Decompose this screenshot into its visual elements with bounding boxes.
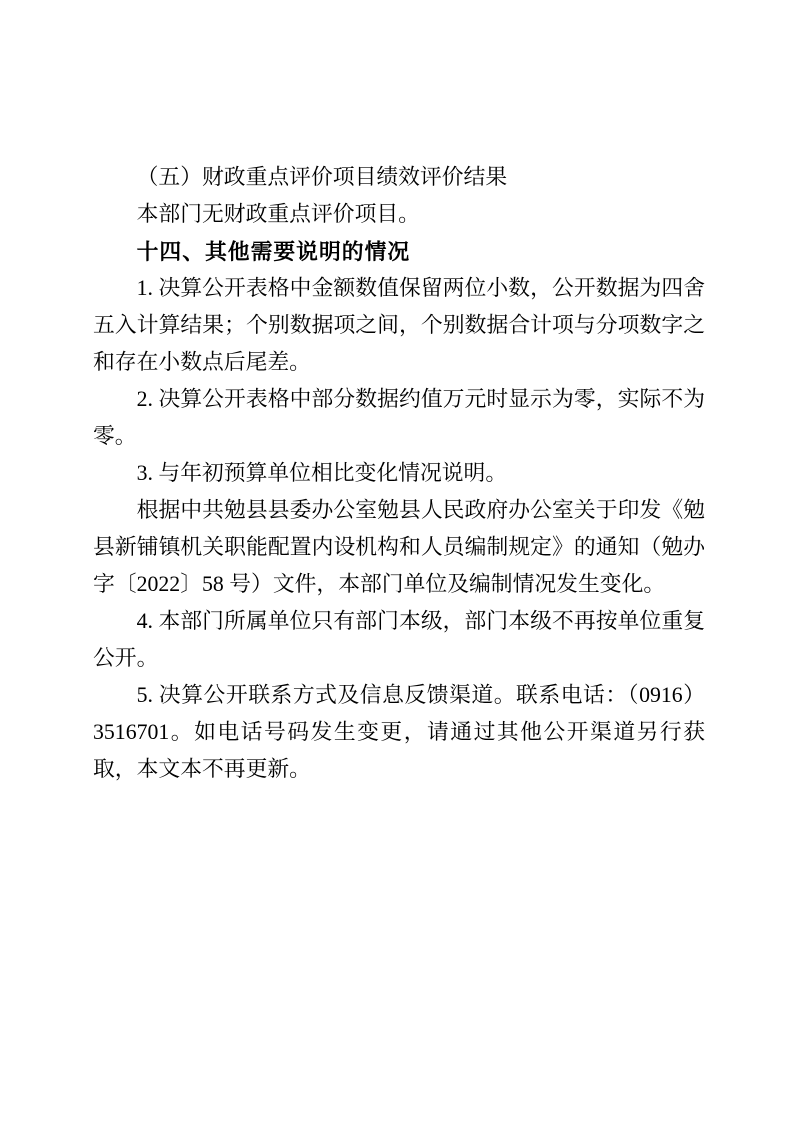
note-4: 4. 本部门所属单位只有部门本级，部门本级不再按单位重复公开。: [93, 603, 705, 677]
section-heading: 十四、其他需要说明的情况: [93, 233, 705, 270]
document-page: （五）财政重点评价项目绩效评价结果 本部门无财政重点评价项目。 十四、其他需要说…: [0, 0, 793, 1122]
note-2: 2. 决算公开表格中部分数据约值万元时显示为零，实际不为零。: [93, 381, 705, 455]
subsection-text: 本部门无财政重点评价项目。: [93, 196, 705, 233]
document-body: （五）财政重点评价项目绩效评价结果 本部门无财政重点评价项目。 十四、其他需要说…: [93, 159, 705, 788]
note-3: 3. 与年初预算单位相比变化情况说明。: [93, 455, 705, 492]
note-3-explanation: 根据中共勉县县委办公室勉县人民政府办公室关于印发《勉县新铺镇机关职能配置内设机构…: [93, 492, 705, 603]
subsection-heading: （五）财政重点评价项目绩效评价结果: [93, 159, 705, 196]
note-5: 5. 决算公开联系方式及信息反馈渠道。联系电话：（0916）3516701。如电…: [93, 677, 705, 788]
note-1: 1. 决算公开表格中金额数值保留两位小数，公开数据为四舍五入计算结果；个别数据项…: [93, 270, 705, 381]
